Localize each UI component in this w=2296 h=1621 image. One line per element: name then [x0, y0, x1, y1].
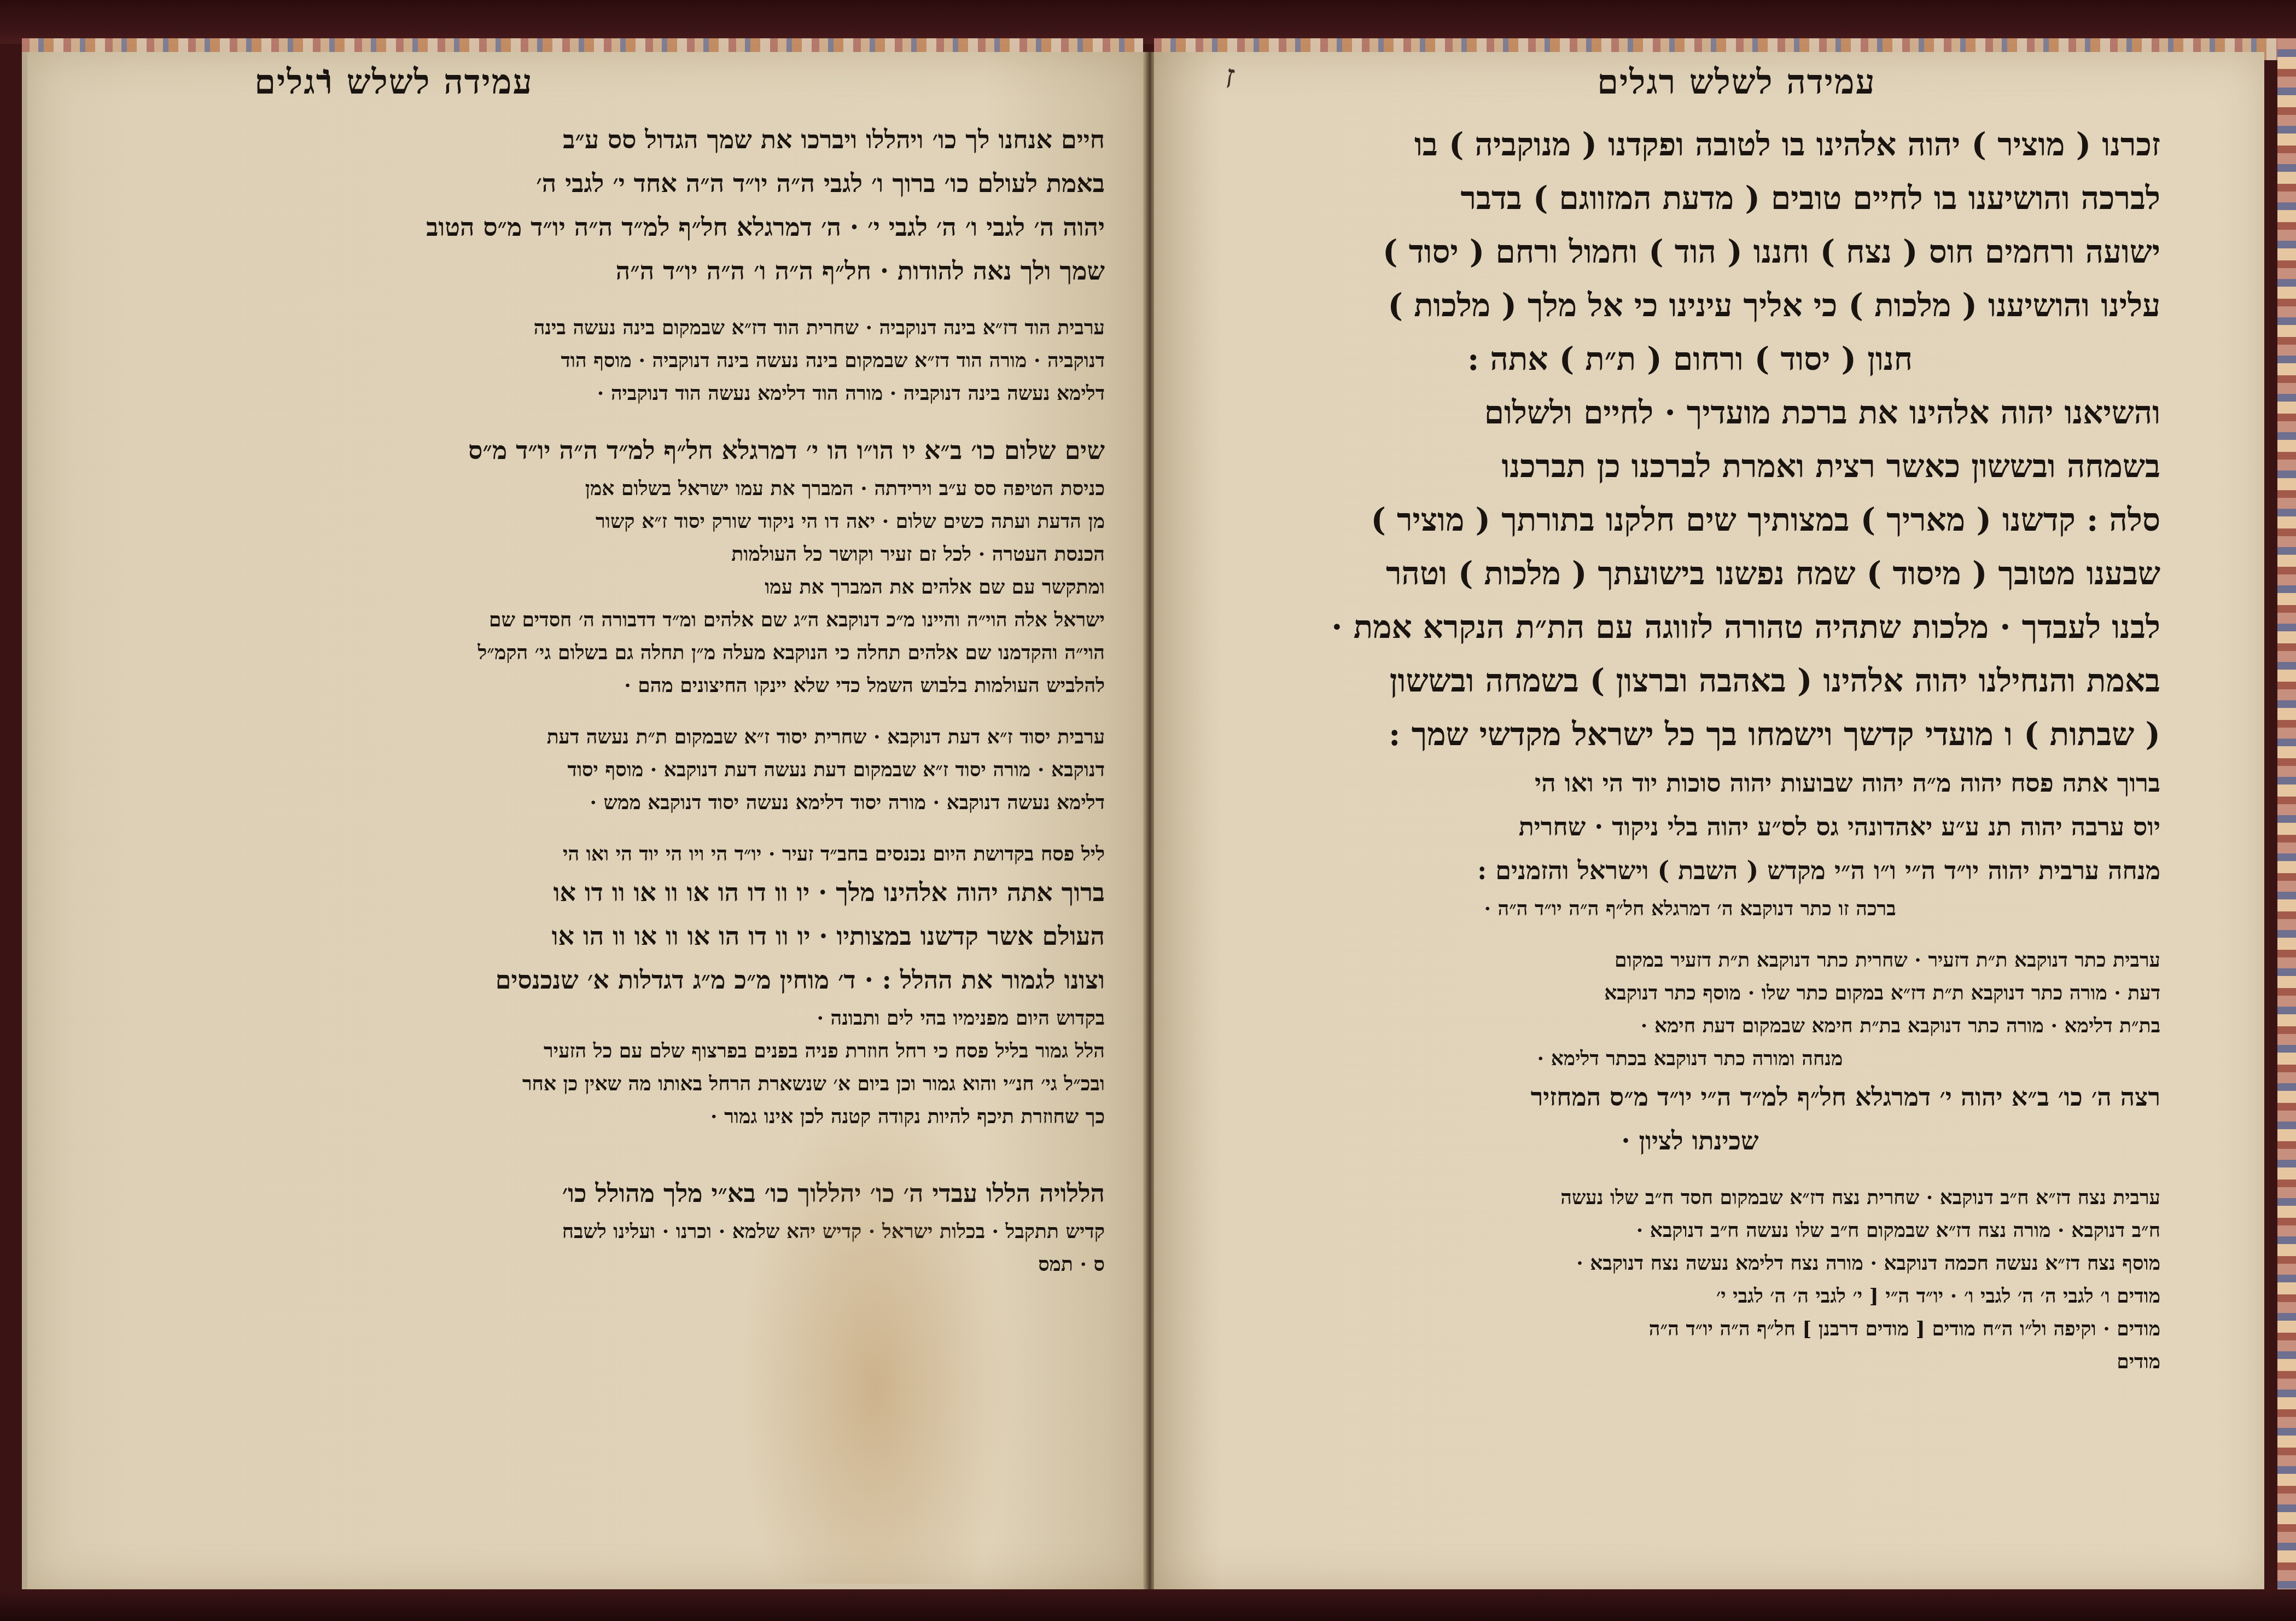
text-line: מוסף נצח דז״א נעשה חכמה דנוקבא · מורה נצ… — [1220, 1247, 2160, 1280]
text-line: מודים — [1220, 1345, 2160, 1378]
text-line: דנוקבא · מורה יסוד ז״א שבמקום דעת נעשה ד… — [208, 753, 1105, 786]
text-line: ערבית כתר דנוקבא ת״ת דזעיר · שחרית כתר ד… — [1220, 944, 2160, 977]
text-line: שמך ולך נאה להודות · חל״ף ה״ה ו׳ ה״ה יו״… — [208, 249, 1105, 293]
text-line: ס · תמס — [208, 1248, 1105, 1281]
text-line: והשיאנו יהוה אלהינו את ברכת מועדיך · לחי… — [1220, 386, 2160, 439]
text-block: זכרנו ( מוציר ) יהוה אלהינו בו לטובה ופק… — [1220, 118, 2160, 386]
text-line: ערבית הוד דז״א בינה דנוקביה · שחרית הוד … — [208, 311, 1105, 344]
kavanah-note: ערבית הוד דז״א בינה דנוקביה · שחרית הוד … — [208, 311, 1105, 410]
book-cover-bottom — [0, 1589, 2296, 1621]
text-line: מן הדעת ועתה כשים שלום · יאה דו הי ניקוד… — [208, 505, 1105, 538]
text-line: ישראל אלה הוי״ה והיינו מ״כ דנוקבא ה״ג שם… — [208, 603, 1105, 636]
text-block: הללויה הללו עבדי ה׳ כו׳ יהללוך כו׳ בא״י … — [208, 1171, 1105, 1215]
text-line: דלימא נעשה בינה דנוקביה · מורה הוד דלימא… — [208, 377, 1105, 410]
text-line: יוס ערבה יהוה תנ ע״ע יאהדונהי גס לס״ע יה… — [1220, 805, 2160, 849]
text-line: ליל פסח בקדושת היום נכנסים בחב״ד זעיר · … — [208, 838, 1105, 870]
text-line: מנחה ערבית יהוה יו״ד ה״י ו״ו ה״י מקדש ( … — [1220, 849, 2160, 892]
text-block: שים שלום כו׳ ב״א יו הו״ו הו י׳ דמרגלא חל… — [208, 428, 1105, 603]
left-page: ו עמידה לשלש רגלים חיים אנחנו לך כו׳ ויה… — [22, 52, 1154, 1589]
text-line: באמת והנחילנו יהוה אלהינו ( באהבה וברצון… — [1220, 654, 2160, 707]
text-line: סלה : קדשנו ( מאריך ) במצותיך שים חלקנו … — [1220, 493, 2160, 547]
page-body: זכרנו ( מוציר ) יהוה אלהינו בו לטובה ופק… — [1220, 118, 2160, 1567]
text-line: באמת לעולם כו׳ ברוך ו׳ לגבי ה״ה יו״ד ה״ה… — [208, 161, 1105, 205]
text-line: ערבית יסוד ז״א דעת דנוקבא · שחרית יסוד ז… — [208, 721, 1105, 753]
text-line: שכינתו לציון · — [1220, 1119, 2160, 1163]
marbled-fore-edge — [2277, 38, 2296, 1603]
text-line: ( שבתות ) ו מועדי קדשך וישמחו בך כל ישרא… — [1220, 707, 2160, 761]
page-body: חיים אנחנו לך כו׳ ויהללו ויברכו את שמך ה… — [208, 118, 1105, 1567]
text-line: ח״ב דנוקבא · מורה נצח דז״א שבמקום ח״ב של… — [1220, 1214, 2160, 1247]
text-line: מודים · וקיפה ול״ו ה״ח מודים [ מודים דרב… — [1220, 1312, 2160, 1345]
text-line: דנוקביה · מורה הוד דז״א שבמקום בינה נעשה… — [208, 344, 1105, 377]
text-line: בת״ת דלימא · מורה כתר דנוקבא בת״ת חימא ש… — [1220, 1009, 2160, 1042]
text-line: ובכ״ל גי׳ חנ״י והוא גמור וכן ביום א׳ שנש… — [208, 1067, 1105, 1100]
text-line: וצונו לגמור את ההלל : · ד׳ מוחין מ״כ מ״ג… — [208, 958, 1105, 1002]
text-line: ישועה ורחמים חוס ( נצח ) וחננו ( הוד ) ו… — [1220, 225, 2160, 278]
text-line: בשמחה ובששון כאשר רצית ואמרת לברכנו כן ת… — [1220, 439, 2160, 493]
text-line: יהוה ה׳ לגבי ו׳ ה׳ לגבי י׳ · ה׳ דמרגלא ח… — [208, 205, 1105, 249]
text-line: חנון ( יסוד ) ורחום ( ת״ת ) אתה : — [1220, 332, 2160, 386]
text-line: ברוך אתה יהוה אלהינו מלך · יו וו דו הו א… — [208, 870, 1105, 914]
book-cover-top — [0, 0, 2296, 44]
text-line: העולם אשר קדשנו במצותיו · יו וו דו הו או… — [208, 914, 1105, 958]
text-line: הללויה הללו עבדי ה׳ כו׳ יהללוך כו׳ בא״י … — [208, 1171, 1105, 1215]
text-block: רצה ה׳ כו׳ ב״א יהוה י׳ דמרגלא חל״ף למ״ד … — [1220, 1075, 2160, 1163]
running-header: עמידה לשלש רגלים — [126, 52, 662, 112]
kavanah-note: ערבית כתר דנוקבא ת״ת דזעיר · שחרית כתר ד… — [1220, 944, 2160, 1075]
text-line: שבענו מטובך ( מיסוד ) שמח נפשנו בישועתך … — [1220, 547, 2160, 600]
text-line: חיים אנחנו לך כו׳ ויהללו ויברכו את שמך ה… — [208, 118, 1105, 161]
text-line: שים שלום כו׳ ב״א יו הו״ו הו י׳ דמרגלא חל… — [208, 428, 1105, 472]
text-line: כך שחוזרת תיכף להיות נקודה קטנה לכן אינו… — [208, 1100, 1105, 1133]
text-line: הוי״ה והקדמנו שם אלהים תחלה כי הנוקבא מע… — [208, 636, 1105, 669]
text-block: חיים אנחנו לך כו׳ ויהללו ויברכו את שמך ה… — [208, 118, 1105, 293]
text-line: רצה ה׳ כו׳ ב״א יהוה י׳ דמרגלא חל״ף למ״ד … — [1220, 1075, 2160, 1119]
text-line: ברכה זו כתר דנוקבא ה׳ דמרגלא חל״ף ה״ה יו… — [1220, 892, 2160, 925]
text-line: עלינו והושיענו ( מלכות ) כי אליך עינינו … — [1220, 278, 2160, 332]
text-line: ומתקשר עם שם אלהים את המברך את עמו — [208, 571, 1105, 603]
text-line: לבנו לעבדך · מלכות שתהיה טהורה לזווגה עם… — [1220, 600, 2160, 654]
text-line: הלל גמור בליל פסח כי רחל חוזרת פניה בפני… — [208, 1035, 1105, 1067]
kavanah-note: ישראל אלה הוי״ה והיינו מ״כ דנוקבא ה״ג שם… — [208, 603, 1105, 702]
text-line: דעת · מורה כתר דנוקבא ת״ת דז״א במקום כתר… — [1220, 977, 2160, 1009]
text-block: קדיש תתקבל · בכלות ישראל · קדיש יהא שלמא… — [208, 1215, 1105, 1281]
text-line: לברכה והושיענו בו לחיים טובים ( מדעת המז… — [1220, 171, 2160, 225]
text-line: מנחה ומורה כתר דנוקבא בכתר דלימא · — [1220, 1042, 2160, 1075]
running-header: עמידה לשלש רגלים — [1482, 52, 1991, 112]
kavanah-note: ערבית יסוד ז״א דעת דנוקבא · שחרית יסוד ז… — [208, 721, 1105, 819]
text-block: והשיאנו יהוה אלהינו את ברכת מועדיך · לחי… — [1220, 386, 2160, 892]
text-line: בקדוש היום מפנימיו בהי לים ותבונה · — [208, 1002, 1105, 1035]
text-line: ברוך אתה פסח יהוה מ״ה יהוה שבועות יהוה ס… — [1220, 761, 2160, 805]
right-page: ז עמידה לשלש רגלים זכרנו ( מוציר ) יהוה … — [1154, 52, 2264, 1589]
kavanah-note: ערבית נצח דז״א ח״ב דנוקבא · שחרית נצח דז… — [1220, 1181, 2160, 1378]
text-block: ליל פסח בקדושת היום נכנסים בחב״ד זעיר · … — [208, 838, 1105, 1035]
text-line: להלביש העולמות בלבוש השמל כדי שלא יינקו … — [208, 669, 1105, 702]
text-line: ערבית נצח דז״א ח״ב דנוקבא · שחרית נצח דז… — [1220, 1181, 2160, 1214]
folio-number: ז — [1225, 57, 1234, 96]
text-line: קדיש תתקבל · בכלות ישראל · קדיש יהא שלמא… — [208, 1215, 1105, 1248]
kavanah-note: הלל גמור בליל פסח כי רחל חוזרת פניה בפני… — [208, 1035, 1105, 1133]
text-line: זכרנו ( מוציר ) יהוה אלהינו בו לטובה ופק… — [1220, 118, 2160, 171]
text-line: הכנסת העטרה · לכל זם זעיר וקושר כל העולמ… — [208, 538, 1105, 571]
text-line: כניסת הטיפה סס ע״ב וירידתה · המברך את עמ… — [208, 472, 1105, 505]
kavanah-note: ברכה זו כתר דנוקבא ה׳ דמרגלא חל״ף ה״ה יו… — [1220, 892, 2160, 925]
text-line: מודים ו׳ לגבי ה׳ ה׳ לגבי ו׳ · יו״ד ה״י [… — [1220, 1280, 2160, 1312]
text-line: דלימא נעשה דנוקבא · מורה יסוד דלימא נעשה… — [208, 786, 1105, 819]
